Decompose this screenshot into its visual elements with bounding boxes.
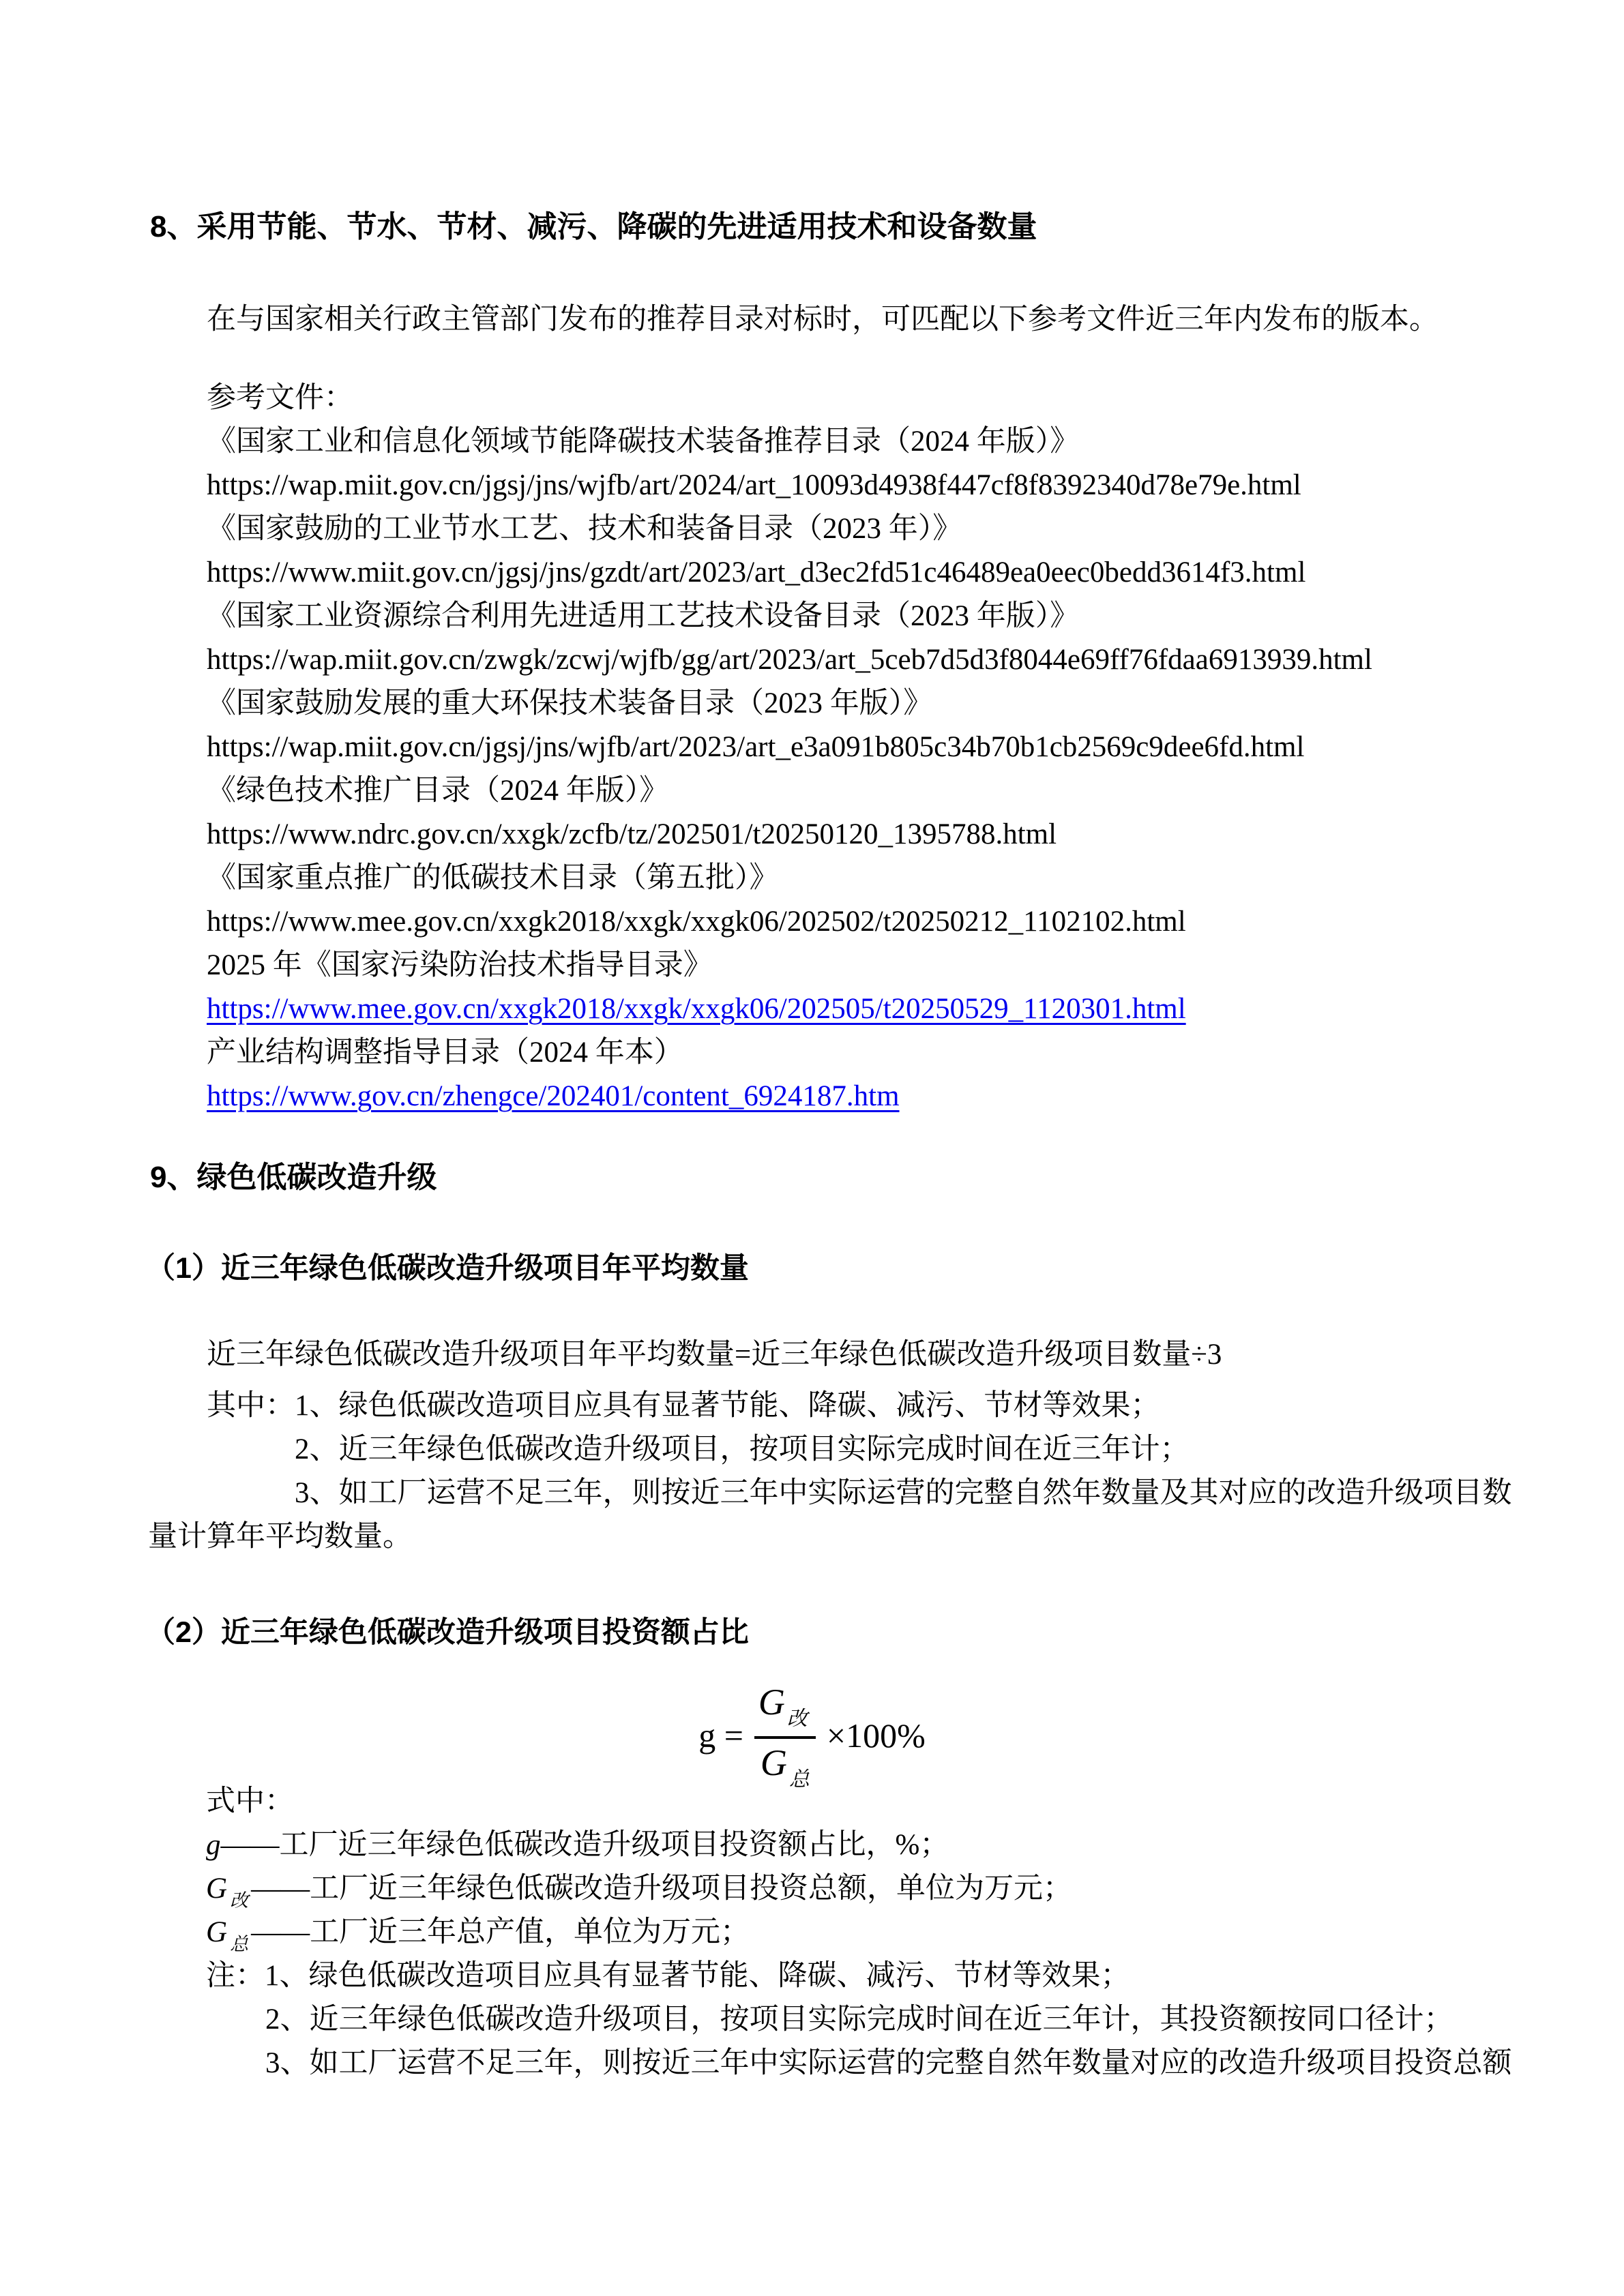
section-9-1-notes: 其中：1、绿色低碳改造项目应具有显著节能、降碳、减污、节材等效果； 2、近三年绿…: [148, 1384, 1512, 1559]
variable-subscript: 改: [227, 1890, 251, 1911]
average-count-equation: 近三年绿色低碳改造升级项目年平均数量=近三年绿色低碳改造升级项目数量÷3: [207, 1331, 1222, 1373]
reference-url-line: https://www.ndrc.gov.cn/xxgk/zcfb/tz/202…: [207, 813, 1372, 856]
formula-fraction: G改 G总: [754, 1681, 816, 1790]
denominator-symbol: G: [761, 1742, 787, 1783]
section-9-heading: 9、绿色低碳改造升级: [150, 1152, 437, 1196]
reference-url-line: https://wap.miit.gov.cn/jgsj/jns/wjfb/ar…: [207, 726, 1372, 769]
definition-text: ——工厂近三年绿色低碳改造升级项目投资额占比，%；: [221, 1829, 949, 1861]
reference-title-line: 《国家鼓励发展的重大环保技术装备目录（2023 年版）》: [207, 682, 1372, 726]
variable-subscript: 总: [227, 1934, 251, 1954]
note-line: 2、近三年绿色低碳改造升级项目，按项目实际完成时间在近三年计；: [148, 1428, 1512, 1472]
section-8-intro: 在与国家相关行政主管部门发布的推荐目录对标时，可匹配以下参考文件近三年内发布的版…: [207, 296, 1438, 338]
definition-line: G改——工厂近三年绿色低碳改造升级项目投资总额，单位为万元；: [206, 1867, 1512, 1911]
formula-lhs: g =: [698, 1716, 743, 1755]
section-9-1-heading: （1）近三年绿色低碳改造升级项目年平均数量: [146, 1245, 749, 1287]
note-line: 2、近三年绿色低碳改造升级项目，按项目实际完成时间在近三年计，其投资额按同口径计…: [206, 1998, 1512, 2042]
formula-numerator: G改: [754, 1681, 816, 1739]
reference-url-hyperlink[interactable]: https://www.gov.cn/zhengce/202401/conten…: [207, 1075, 1372, 1118]
reference-title-line: 《国家重点推广的低碳技术目录（第五批）》: [207, 856, 1372, 900]
note-prefix: 注：: [206, 1960, 265, 1992]
formula-multiplier: ×100%: [827, 1716, 926, 1755]
note-line: 其中：1、绿色低碳改造项目应具有显著节能、降碳、减污、节材等效果；: [148, 1384, 1512, 1428]
reference-title-line: 《国家鼓励的工业节水工艺、技术和装备目录（2023 年）》: [207, 507, 1372, 551]
reference-url-line: https://wap.miit.gov.cn/jgsj/jns/wjfb/ar…: [207, 464, 1372, 507]
reference-url-line: https://www.mee.gov.cn/xxgk2018/xxgk/xxg…: [207, 900, 1372, 944]
numerator-symbol: G: [758, 1682, 785, 1723]
definition-text: ——工厂近三年总产值，单位为万元；: [251, 1916, 750, 1948]
variable-symbol: g: [206, 1829, 221, 1861]
definition-line: G总——工厂近三年总产值，单位为万元；: [206, 1911, 1512, 1954]
note-line: 3、如工厂运营不足三年，则按近三年中实际运营的完整自然年数量对应的改造升级项目投…: [206, 2042, 1512, 2085]
reference-list-label: 参考文件：: [207, 376, 1372, 420]
note-line: 注：1、绿色低碳改造项目应具有显著节能、降碳、减污、节材等效果；: [206, 1954, 1512, 1998]
reference-url-line: https://wap.miit.gov.cn/zwgk/zcwj/wjfb/g…: [207, 638, 1372, 682]
formula-legend: 式中： g——工厂近三年绿色低碳改造升级项目投资额占比，%； G改——工厂近三年…: [206, 1780, 1512, 2085]
definition-line: g——工厂近三年绿色低碳改造升级项目投资额占比，%；: [206, 1823, 1512, 1867]
section-8-heading: 8、采用节能、节水、节材、减污、降碳的先进适用技术和设备数量: [150, 202, 1037, 245]
reference-title-line: 2025 年《国家污染防治技术指导目录》: [207, 944, 1372, 987]
reference-url-line: https://www.miit.gov.cn/jgsj/jns/gzdt/ar…: [207, 551, 1372, 595]
numerator-subscript: 改: [785, 1708, 808, 1730]
variable-symbol: G: [206, 1916, 227, 1948]
reference-title-line: 产业结构调整指导目录（2024 年本）: [207, 1031, 1372, 1075]
reference-title-line: 《绿色技术推广目录（2024 年版）》: [207, 769, 1372, 813]
reference-title-line: 《国家工业和信息化领域节能降碳技术装备推荐目录（2024 年版）》: [207, 420, 1372, 464]
definition-text: ——工厂近三年绿色低碳改造升级项目投资总额，单位为万元；: [251, 1873, 1072, 1905]
note-text: 1、绿色低碳改造项目应具有显著节能、降碳、减污、节材等效果；: [265, 1960, 1130, 1992]
reference-title-line: 《国家工业资源综合利用先进适用工艺技术设备目录（2023 年版）》: [207, 595, 1372, 638]
note-line-continuation: 量计算年平均数量。: [148, 1515, 1512, 1559]
variable-symbol: G: [206, 1873, 227, 1905]
reference-url-hyperlink[interactable]: https://www.mee.gov.cn/xxgk2018/xxgk/xxg…: [207, 987, 1372, 1031]
section-9-2-heading: （2）近三年绿色低碳改造升级项目投资额占比: [146, 1609, 749, 1651]
document-page: 8、采用节能、节水、节材、减污、降碳的先进适用技术和设备数量 在与国家相关行政主…: [0, 0, 1624, 2296]
note-line: 3、如工厂运营不足三年，则按近三年中实际运营的完整自然年数量及其对应的改造升级项…: [148, 1472, 1512, 1515]
reference-list: 参考文件： 《国家工业和信息化领域节能降碳技术装备推荐目录（2024 年版）》 …: [207, 376, 1372, 1118]
where-label: 式中：: [206, 1780, 1512, 1823]
